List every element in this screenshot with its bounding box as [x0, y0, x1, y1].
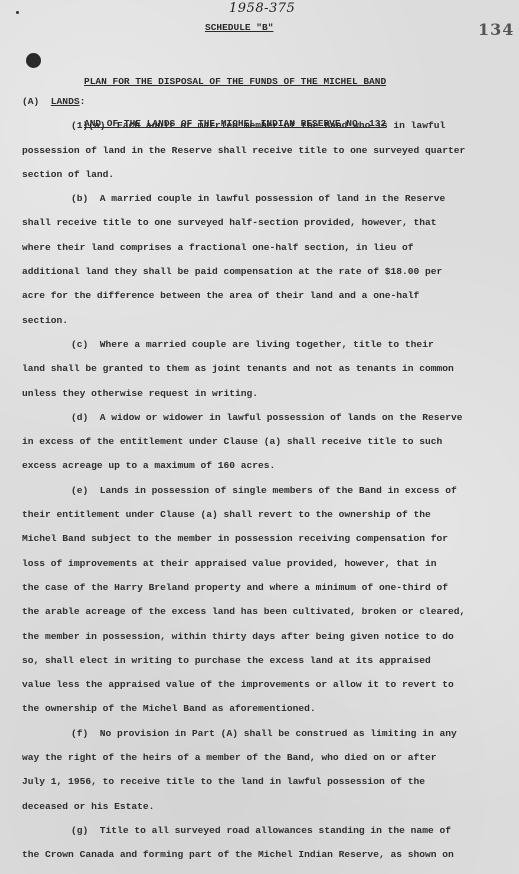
section-heading-label: LANDS — [51, 96, 80, 107]
schedule-title: SCHEDULE "B" — [205, 22, 273, 33]
text-line: the arable acreage of the excess land ha… — [22, 600, 512, 624]
text-line: July 1, 1956, to receive title to the la… — [22, 770, 512, 794]
text-line: way the right of the heirs of a member o… — [22, 746, 512, 770]
section-heading: (A) LANDS: — [22, 90, 512, 114]
text-line: Michel Band subject to the member in pos… — [22, 527, 512, 551]
text-line: the case of the Harry Breland property a… — [22, 576, 512, 600]
section-prefix: (A) — [22, 96, 51, 107]
text-line: excess acreage up to a maximum of 160 ac… — [22, 454, 512, 478]
text-line: the member in possession, within thirty … — [22, 625, 512, 649]
text-line: (g) Title to all surveyed road allowance… — [22, 819, 512, 843]
document-title-line-1: PLAN FOR THE DISPOSAL OF THE FUNDS OF TH… — [84, 75, 386, 89]
text-line: so, shall elect in writing to purchase t… — [22, 649, 512, 673]
punch-hole-icon — [26, 53, 41, 68]
text-line: value less the appraised value of the im… — [22, 673, 512, 697]
text-line: section of land. — [22, 163, 512, 187]
text-line: land shall be granted to them as joint t… — [22, 357, 512, 381]
scanned-document-page: 1958-375 134 SCHEDULE "B" PLAN FOR THE D… — [0, 0, 519, 874]
text-line: deceased or his Estate. — [22, 795, 512, 819]
text-line: (d) A widow or widower in lawful possess… — [22, 406, 512, 430]
text-line: additional land they shall be paid compe… — [22, 260, 512, 284]
section-suffix: : — [80, 96, 86, 107]
text-line: (b) A married couple in lawful possessio… — [22, 187, 512, 211]
text-line: possession of land in the Reserve shall … — [22, 139, 512, 163]
text-line: their entitlement under Clause (a) shall… — [22, 503, 512, 527]
text-line: section. — [22, 309, 512, 333]
paragraph-lines: (1)(a) Each adult or married member of t… — [22, 114, 512, 867]
text-line: the ownership of the Michel Band as afor… — [22, 697, 512, 721]
text-line: (f) No provision in Part (A) shall be co… — [22, 722, 512, 746]
text-line: acre for the difference between the area… — [22, 284, 512, 308]
scan-speck — [16, 11, 19, 14]
text-line: where their land comprises a fractional … — [22, 236, 512, 260]
text-line: in excess of the entitlement under Claus… — [22, 430, 512, 454]
text-line: unless they otherwise request in writing… — [22, 382, 512, 406]
text-line: (c) Where a married couple are living to… — [22, 333, 512, 357]
text-line: the Crown Canada and forming part of the… — [22, 843, 512, 867]
text-line: (e) Lands in possession of single member… — [22, 479, 512, 503]
text-line: (1)(a) Each adult or married member of t… — [22, 114, 512, 138]
page-number: 134 — [478, 20, 514, 39]
text-line: shall receive title to one surveyed half… — [22, 211, 512, 235]
handwritten-file-number: 1958-375 — [229, 1, 295, 16]
document-body: (A) LANDS: (1)(a) Each adult or married … — [22, 90, 512, 868]
text-line: loss of improvements at their appraised … — [22, 552, 512, 576]
